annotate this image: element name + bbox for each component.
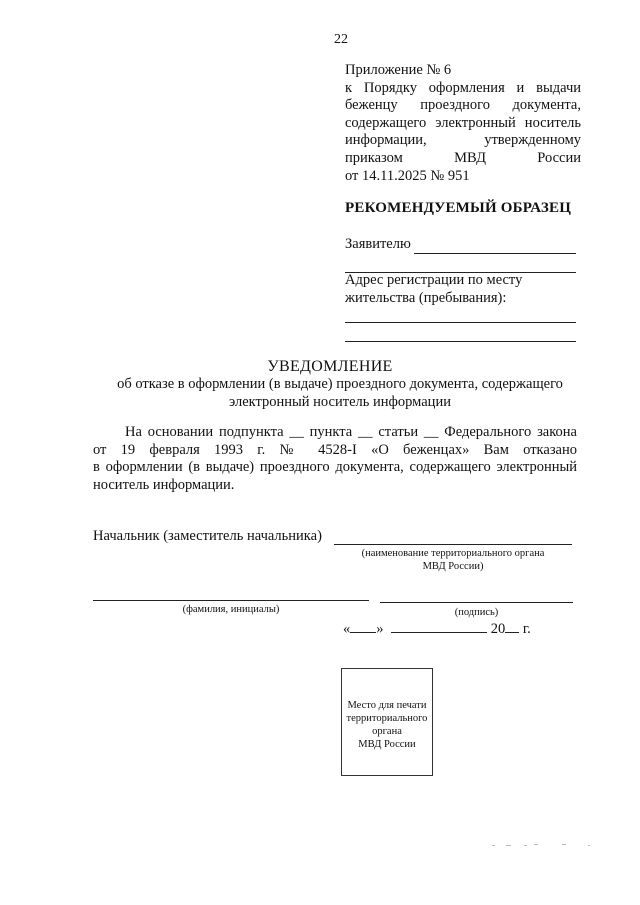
applicant-label: Заявителю	[345, 236, 411, 253]
recommended-sample-label: РЕКОМЕНДУЕМЫЙ ОБРАЗЕЦ	[345, 200, 571, 217]
year-prefix: 20	[491, 621, 506, 637]
appendix-line: информации, утвержденному	[345, 132, 581, 150]
month-blank	[391, 620, 487, 633]
year-blank	[505, 620, 519, 633]
address-line-1	[345, 308, 576, 323]
appendix-line: к Порядку оформления и выдачи	[345, 80, 581, 98]
date-quote-open: «	[343, 621, 350, 637]
scan-artifact	[588, 845, 590, 846]
date-quote-close: »	[376, 621, 383, 637]
scan-artifact	[534, 844, 538, 845]
notice-subtitle-line: об отказе в оформлении (в выдаче) проезд…	[90, 376, 590, 394]
applicant-name-line-2	[345, 258, 576, 273]
stamp-line: органа	[342, 725, 432, 738]
scan-artifact	[492, 845, 495, 846]
signature-caption: (подпись)	[380, 606, 573, 619]
body-line: На основании подпункта __ пункта __ стат…	[93, 424, 577, 442]
name-caption: (фамилия, инициалы)	[93, 603, 369, 616]
body-line: носитель информации.	[93, 477, 577, 495]
appendix-line: содержащего электронный носитель	[345, 115, 581, 133]
notice-subtitle: об отказе в оформлении (в выдаче) проезд…	[90, 376, 590, 411]
org-name-caption: (наименование территориального органа МВ…	[334, 547, 572, 573]
page-number: 22	[334, 32, 348, 48]
year-suffix: г.	[523, 621, 531, 637]
notice-title: УВЕДОМЛЕНИЕ	[0, 358, 640, 376]
appendix-line: беженцу проездного документа,	[345, 97, 581, 115]
address-label: Адрес регистрации по месту жительства (п…	[345, 272, 585, 307]
appendix-header: Приложение № 6 к Порядку оформления и вы…	[345, 62, 581, 185]
scan-artifact	[524, 845, 527, 846]
scan-artifact	[562, 844, 566, 845]
name-line	[93, 586, 369, 601]
address-label-line: Адрес регистрации по месту	[345, 272, 585, 290]
org-name-line	[334, 530, 572, 545]
chief-label: Начальник (заместитель начальника)	[93, 528, 322, 545]
body-line: от 19 февраля 1993 г. № 4528-I «О беженц…	[93, 442, 577, 460]
appendix-line: приказом МВД России	[345, 150, 581, 168]
signature-line	[380, 588, 573, 603]
address-line-2	[345, 327, 576, 342]
body-line: в оформлении (в выдаче) проездного докум…	[93, 459, 577, 477]
scan-artifact	[506, 845, 511, 846]
stamp-line: Место для печати	[342, 699, 432, 712]
applicant-name-line	[414, 238, 576, 254]
stamp-line: территориального	[342, 712, 432, 725]
address-label-line: жительства (пребывания):	[345, 290, 585, 308]
notice-body: На основании подпункта __ пункта __ стат…	[93, 424, 577, 494]
stamp-line: МВД России	[342, 738, 432, 751]
day-blank	[350, 620, 376, 633]
appendix-order-date: от 14.11.2025 № 951	[345, 168, 581, 186]
org-caption-line: МВД России)	[334, 560, 572, 573]
appendix-number: Приложение № 6	[345, 62, 581, 80]
stamp-text: Место для печати территориального органа…	[342, 699, 432, 751]
org-caption-line: (наименование территориального органа	[334, 547, 572, 560]
date-field: «» 20 г.	[343, 620, 531, 638]
notice-subtitle-line: электронный носитель информации	[90, 394, 590, 412]
stamp-box: Место для печати территориального органа…	[341, 668, 433, 776]
